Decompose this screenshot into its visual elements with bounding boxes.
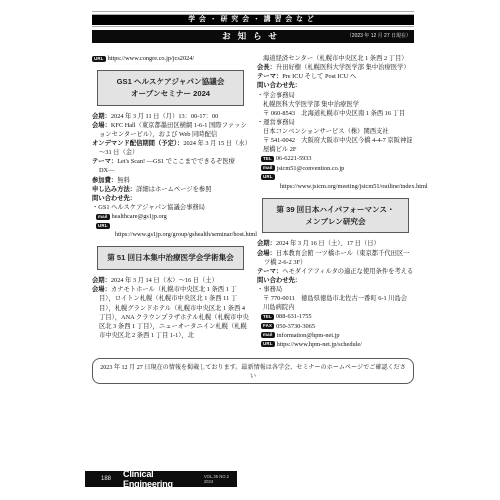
text-line: ・運営事務局 [257, 118, 414, 127]
columns-container: URLhttps://www.congre.co.jp/jcs2024/GS1 … [92, 54, 414, 349]
contact-line: FAX050-3730-3065 [257, 322, 414, 331]
field-label: 問い合わせ先： [257, 82, 301, 89]
title-box-line: GS1 ヘルスケアジャパン協議会 [100, 76, 241, 88]
contact-line: mailjsicm51@convention.co.jp [257, 164, 414, 173]
contact-line: URLhttps://www.gs1jp.org/group/gshealth/… [92, 221, 249, 239]
announcement-title-box: GS1 ヘルスケアジャパン協議会オープンセミナー 2024 [97, 70, 244, 106]
field-label: 申し込み方法： [92, 186, 136, 193]
notice-header-stripes: 学会・研究会・講習会など [92, 11, 414, 28]
field-label: テーマ： [257, 268, 282, 275]
field-label: 会期： [257, 240, 276, 247]
detail-line: 会場：KFC Hall（東京都墨田区横網 1-6-1 国際ファッションセンタービ… [92, 121, 249, 139]
title-box-line: オープンセミナー 2024 [100, 88, 241, 100]
footer-note: 2023 年 12 月 27 日現在の情報を掲載しております。最新情報は各学会、… [92, 358, 414, 384]
mail-badge-icon: mail [261, 165, 275, 171]
field-label: 会期： [92, 277, 111, 284]
fax-badge-icon: FAX [261, 323, 274, 329]
detail-line: テーマ：Pre ICU そして Post ICU へ [257, 72, 414, 81]
contact-line: URLhttps://www.hpm-net.jp/schedule/ [257, 340, 414, 349]
url-badge-icon: URL [96, 223, 110, 229]
detail-line: 会長：升田好樹（札幌医科大学医学部 集中治療医学） [257, 63, 414, 72]
contact-line: URLhttps://www.congre.co.jp/jcs2024/ [92, 54, 249, 63]
contact-line: TEL06-6221-5933 [257, 154, 414, 163]
field-label: 会場： [92, 122, 111, 129]
text-line: 海道経済センター（札幌市中央区北 1 条西 2 丁目） [257, 54, 414, 63]
url-badge-icon: URL [92, 56, 106, 62]
detail-line: テーマ：Let's Scan! ―GS1 でここまでできるぞ医療 DX― [92, 157, 249, 175]
title-box-line: 第 39 回日本ハイパフォーマンス・ [265, 204, 406, 216]
field-label: 会長： [257, 64, 276, 71]
text-line: ・事務局 [257, 285, 414, 294]
field-label: テーマ： [257, 73, 282, 80]
right-column: 海道経済センター（札幌市中央区北 1 条西 2 丁目）会長：升田好樹（札幌医科大… [257, 54, 414, 349]
detail-line: 会期：2024 年 3 月 16 日（土）、17 日（日） [257, 239, 414, 248]
url-badge-icon: URL [261, 341, 275, 347]
field-label: オンデマンド配信期間（予定）： [92, 140, 183, 147]
field-label: 会期： [92, 113, 111, 120]
mail-badge-icon: mail [261, 332, 275, 338]
text-line: 〒 060-8543 北海道札幌市中央区南 1 条西 16 丁目 [257, 109, 414, 118]
text-line: ・GS1 ヘルスケアジャパン協議会事務局 [92, 203, 249, 212]
left-column: URLhttps://www.congre.co.jp/jcs2024/GS1 … [92, 54, 249, 340]
contact-line: mailinformation@hpm-net.jp [257, 331, 414, 340]
detail-line: 申し込み方法：詳細はホームページを参照 [92, 185, 249, 194]
text-line: ・学会事務局 [257, 91, 414, 100]
issue-info: VOL.35 NO.2 2024 [204, 474, 237, 484]
field-label: テーマ： [92, 158, 117, 165]
title-box-line: 第 51 回日本集中治療医学会学術集会 [100, 252, 241, 264]
field-label: 問い合わせ先： [92, 195, 136, 202]
announcement-title-box: 第 39 回日本ハイパフォーマンス・メンブレン研究会 [262, 198, 409, 234]
detail-line: テーマ：ヘモダイアフィルタの適正な使用条件を考える [257, 267, 414, 276]
detail-line: 問い合わせ先： [257, 276, 414, 285]
section-title-band: 学会・研究会・講習会など [92, 15, 414, 25]
detail-line: 会場：日本教育会館 一ツ橋ホール（東京都千代田区一ツ橋 2-6-2 3F） [257, 249, 414, 267]
field-label: 問い合わせ先： [257, 277, 301, 284]
text-line: 〒 541-0042 大阪府大阪市中央区今橋 4-4-7 京阪神淀屋橋ビル 2F [257, 136, 414, 154]
detail-line: 会期：2024 年 3 月 11 日（月）13：00-17：00 [92, 112, 249, 121]
field-label: 会場： [92, 286, 111, 293]
footer-bar: 188 Clinical Engineering VOL.35 NO.2 202… [85, 471, 237, 487]
text-line: 〒 770-0011 徳島県徳島市北佐古一番町 6-1 川島会 川島病院内 [257, 294, 414, 312]
detail-line: 問い合わせ先： [92, 194, 249, 203]
detail-line: 会期：2024 年 3 月 14 日（木）～16 日（土） [92, 276, 249, 285]
field-label: 会場： [257, 250, 276, 257]
detail-line: 会場：カナモトホール（札幌市中央区北 1 条西 1 丁目），ロイトン札幌（札幌市… [92, 285, 249, 340]
text-line: 日本コンベンションサービス（株）関西支社 [257, 127, 414, 136]
detail-line: 問い合わせ先： [257, 81, 414, 90]
as-of-date: （2023 年 12 月 27 日現在） [347, 30, 411, 43]
contact-line: URLhttps://www.jsicm.org/meeting/jsicm51… [257, 173, 414, 191]
contact-line: TEL088-631-1755 [257, 312, 414, 321]
detail-line: オンデマンド配信期間（予定）：2024 年 3 月 15 日（水）～31 日（金… [92, 139, 249, 157]
notice-bar: お知らせ （2023 年 12 月 27 日現在） [92, 30, 414, 43]
tel-badge-icon: TEL [261, 314, 274, 320]
page-number: 188 [101, 476, 111, 482]
url-badge-icon: URL [261, 174, 275, 180]
page-root: 学会・研究会・講習会など お知らせ （2023 年 12 月 27 日現在） U… [92, 11, 414, 384]
detail-line: 参加費：無料 [92, 176, 249, 185]
tel-badge-icon: TEL [261, 156, 274, 162]
contact-line: mailhealthcare@gs1jp.org [92, 212, 249, 221]
title-box-line: メンブレン研究会 [265, 216, 406, 228]
announcement-title-box: 第 51 回日本集中治療医学会学術集会 [97, 246, 244, 270]
section-title: 学会・研究会・講習会など [188, 16, 318, 23]
field-label: 参加費： [92, 177, 117, 184]
text-line: 札幌医科大学医学部 集中治療医学 [257, 100, 414, 109]
mail-badge-icon: mail [96, 214, 110, 220]
journal-logo: Clinical Engineering [123, 469, 200, 489]
